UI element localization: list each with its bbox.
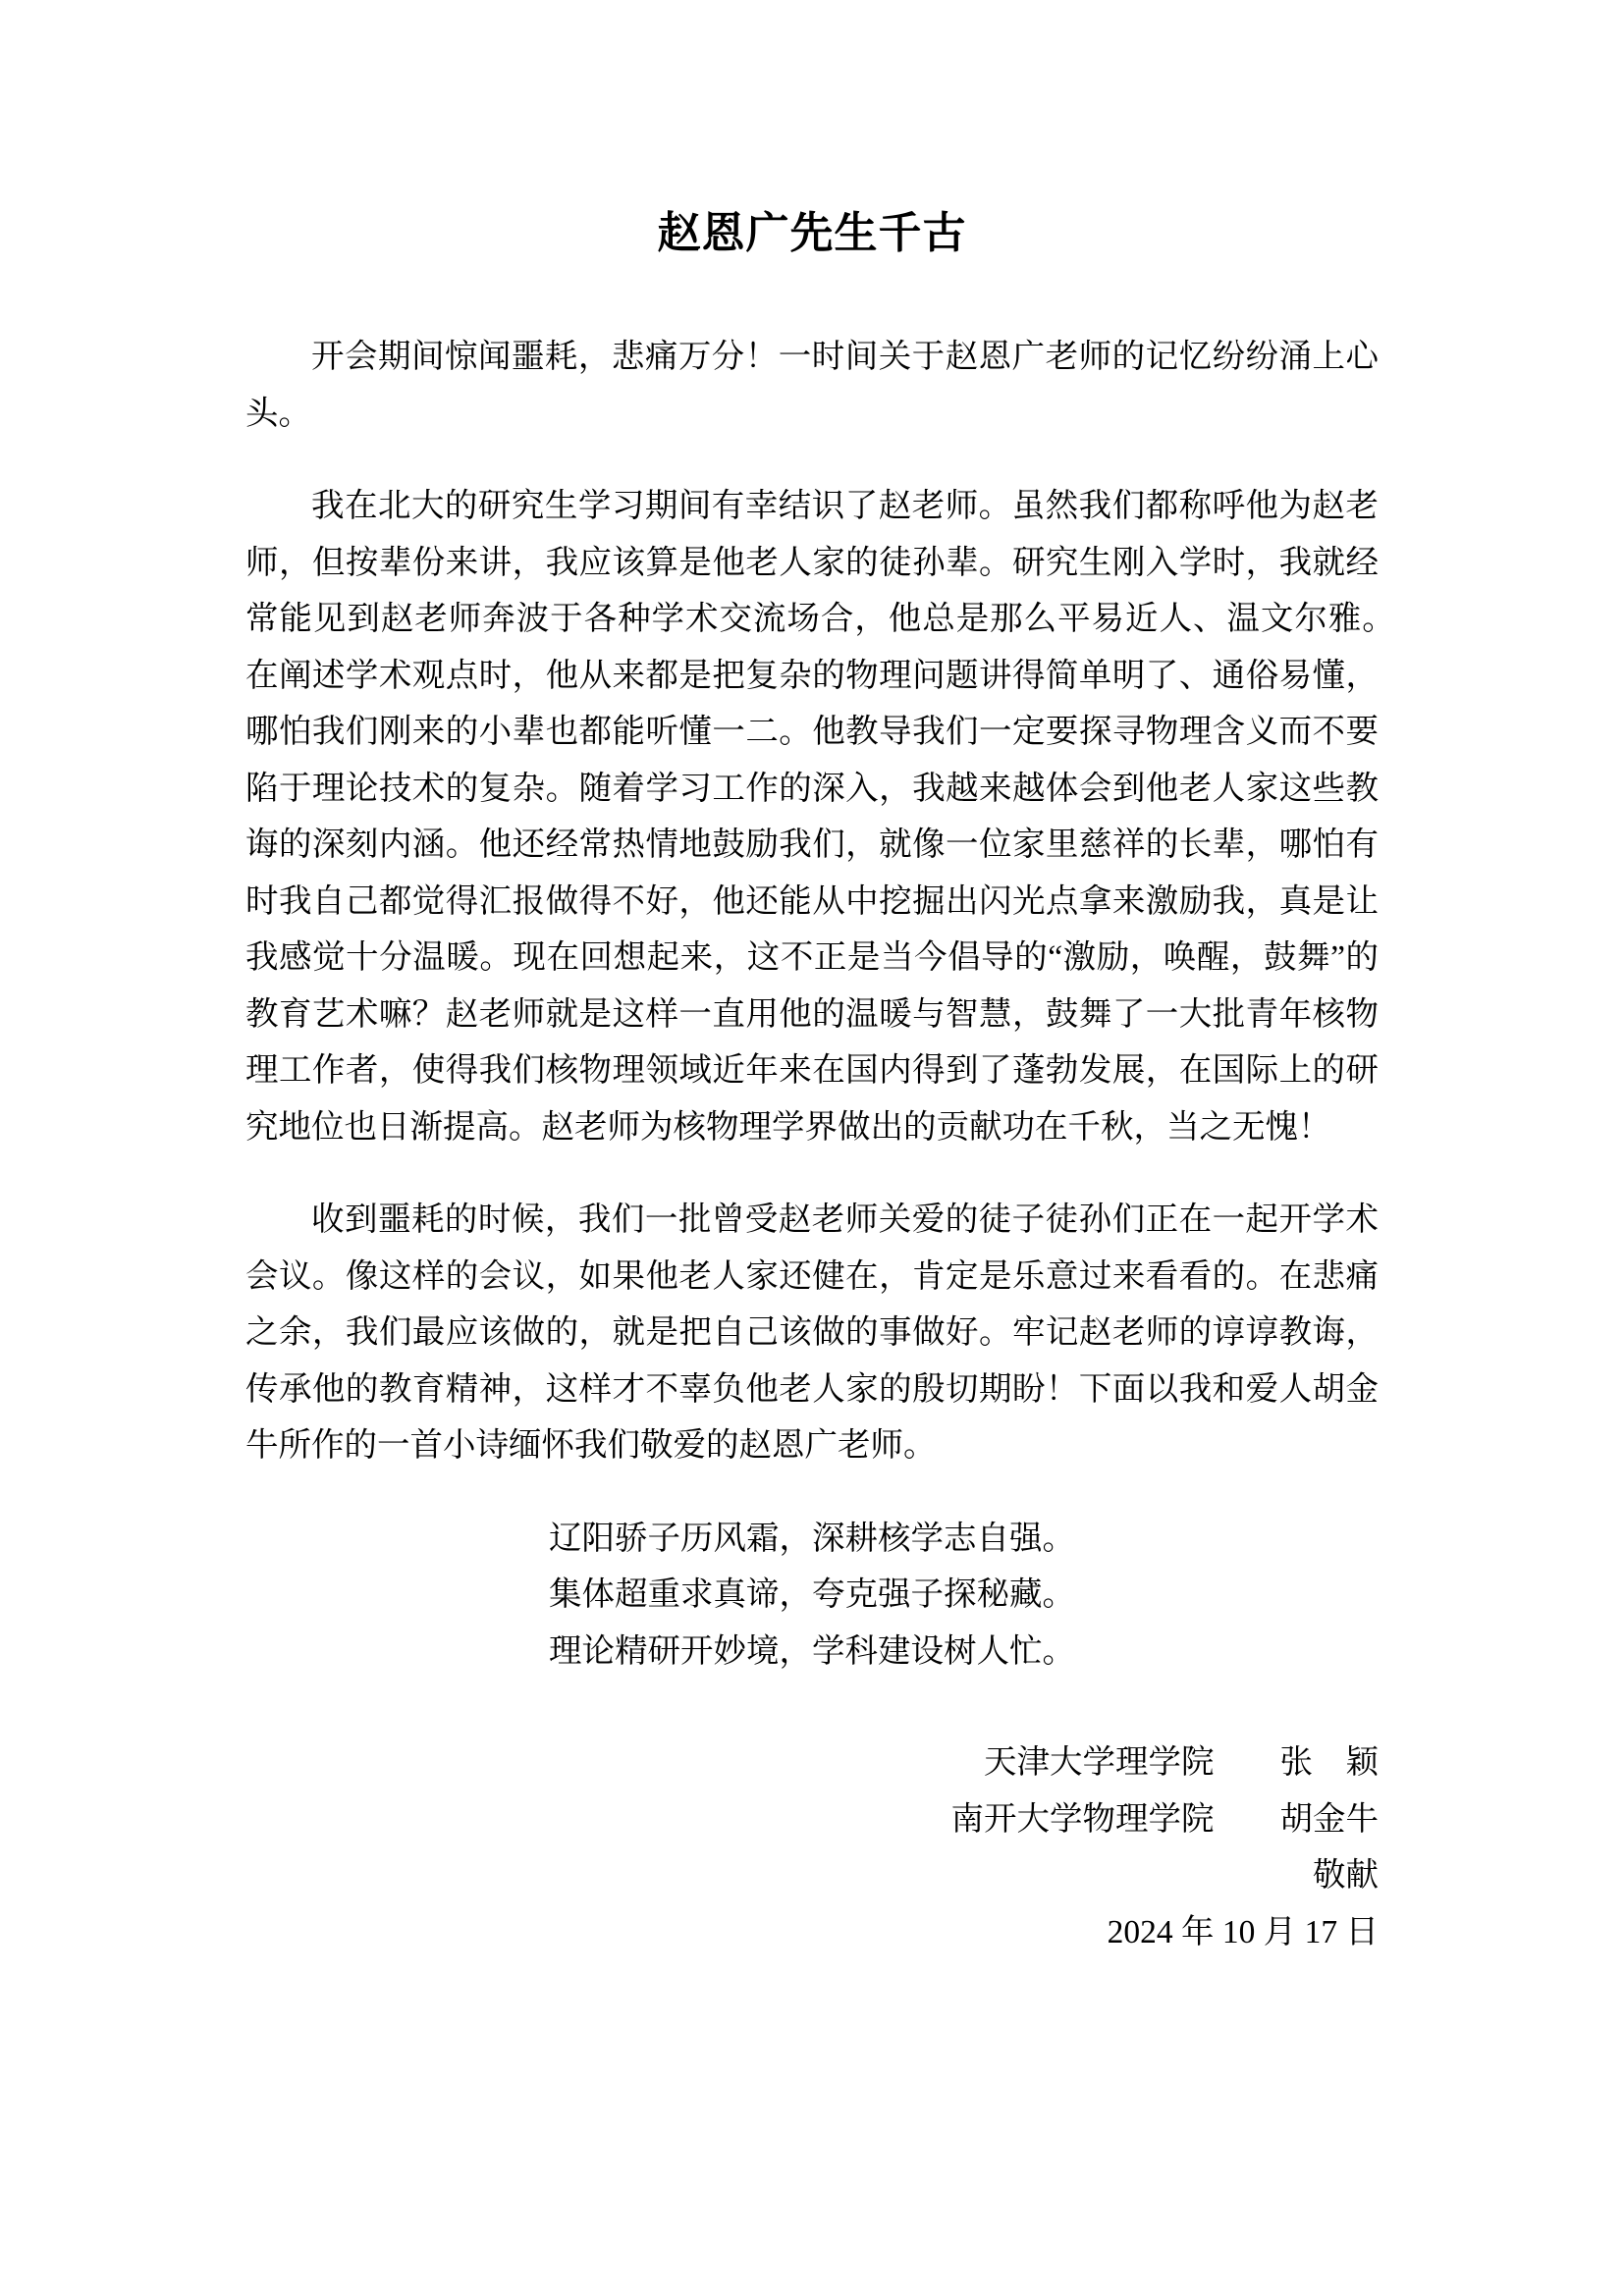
memorial-paragraph-3: 收到噩耗的时候，我们一批曾受赵老师关爱的徒子徒孙们正在一起开学术会议。像这样的会… [245,1192,1379,1474]
document-content: 赵恩广先生千古 开会期间惊闻噩耗，悲痛万分！一时间关于赵恩广老师的记忆纷纷涌上心… [245,201,1379,1960]
signature-block: 天津大学理学院 张 颖 南开大学物理学院 胡金牛 敬献 2024 年 10 月 … [245,1735,1379,1960]
poem-line-3: 理论精研开妙境，学科建设树人忙。 [245,1624,1379,1681]
signature-line-tianjin-university: 天津大学理学院 张 颖 [245,1735,1379,1791]
memorial-poem: 辽阳骄子历风霜，深耕核学志自强。 集体超重求真谛，夸克强子探秘藏。 理论精研开妙… [245,1511,1379,1681]
signature-date: 2024 年 10 月 17 日 [245,1904,1379,1961]
poem-line-1: 辽阳骄子历风霜，深耕核学志自强。 [245,1511,1379,1568]
signature-dedication: 敬献 [245,1847,1379,1904]
document-title: 赵恩广先生千古 [245,201,1379,265]
memorial-document-page: 赵恩广先生千古 开会期间惊闻噩耗，悲痛万分！一时间关于赵恩广老师的记忆纷纷涌上心… [0,0,1624,2296]
memorial-paragraph-1: 开会期间惊闻噩耗，悲痛万分！一时间关于赵恩广老师的记忆纷纷涌上心头。 [245,329,1379,442]
signature-line-nankai-university: 南开大学物理学院 胡金牛 [245,1791,1379,1848]
poem-line-2: 集体超重求真谛，夸克强子探秘藏。 [245,1567,1379,1624]
memorial-paragraph-2: 我在北大的研究生学习期间有幸结识了赵老师。虽然我们都称呼他为赵老师，但按辈份来讲… [245,478,1379,1155]
